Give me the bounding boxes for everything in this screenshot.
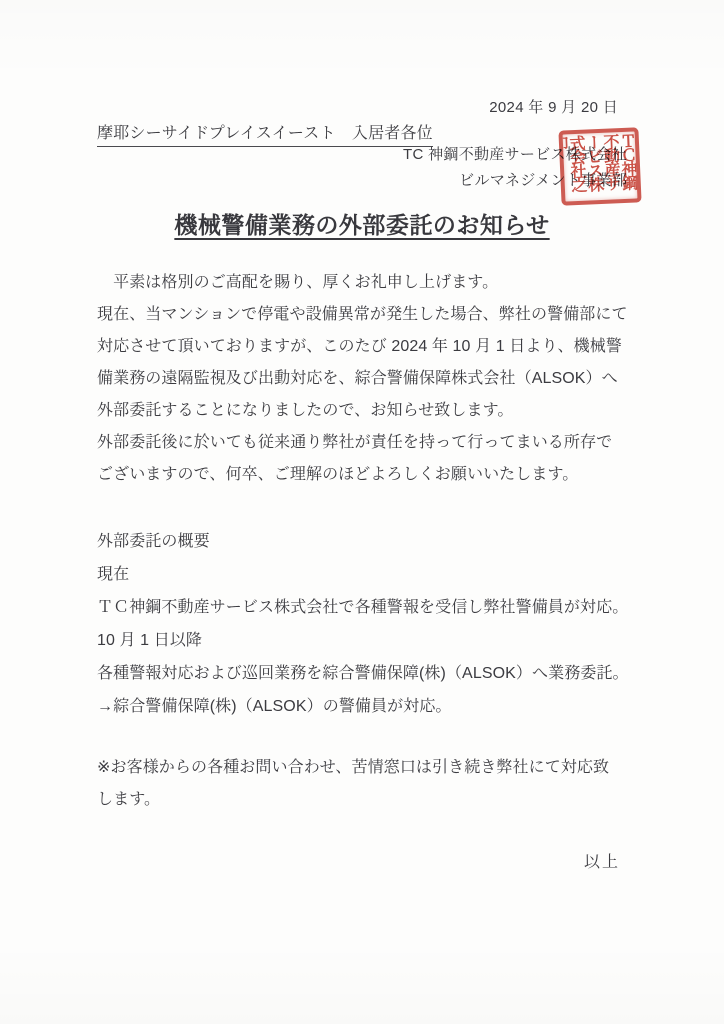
date-line: 2024 年 9 月 20 日: [489, 96, 618, 117]
body-line: 平素は格別のご高配を賜り、厚くお礼申し上げます。: [97, 267, 628, 299]
outline-line: →綜合警備保障(株)（ALSOK）の警備員が対応。: [97, 690, 629, 723]
outline-line: 各種警報対応および巡回業務を綜合警備保障(株)（ALSOK）へ業務委託。: [97, 657, 629, 690]
outline-line: 10 月 1 日以降: [97, 624, 629, 657]
section-heading: 外部委託の概要: [97, 525, 629, 558]
body-text: 平素は格別のご高配を賜り、厚くお礼申し上げます。 現在、当マンションで停電や設備…: [97, 267, 628, 491]
body-line: 外部委託後に於いても従来通り弊社が責任を持って行ってまいる所存で: [97, 427, 628, 459]
body-line: 備業務の遠隔監視及び出動対応を、綜合警備保障株式会社（ALSOK）へ: [97, 363, 628, 395]
letter-page: 2024 年 9 月 20 日 摩耶シーサイドプレイスイースト 入居者各位 TC…: [0, 0, 724, 1024]
body-line: 対応させて頂いておりますが、このたび 2024 年 10 月 1 日より、機械警: [97, 331, 628, 363]
body-line: 外部委託することになりましたので、お知らせ致します。: [97, 395, 628, 427]
body-line: 現在、当マンションで停電や設備異常が発生した場合、弊社の警備部にて: [97, 299, 628, 331]
seal-text: ＴＣ神鋼不動産サービス株式会社之印: [563, 131, 639, 202]
document-title: 機械警備業務の外部委託のお知らせ: [0, 211, 724, 241]
company-seal-stamp: ＴＣ神鋼不動産サービス株式会社之印: [558, 127, 641, 205]
note-section: ※お客様からの各種お問い合わせ、苦情窓口は引き続き弊社にて対応致 します。: [97, 752, 609, 816]
body-line: ございますので、何卒、ご理解のほどよろしくお願いいたします。: [97, 459, 628, 491]
outline-section: 外部委託の概要 現在 ＴＣ神鋼不動産サービス株式会社で各種警報を受信し弊社警備員…: [97, 525, 629, 723]
note-line: ※お客様からの各種お問い合わせ、苦情窓口は引き続き弊社にて対応致: [97, 752, 609, 784]
outline-line: ＴＣ神鋼不動産サービス株式会社で各種警報を受信し弊社警備員が対応。: [97, 591, 629, 624]
closing-word: 以上: [584, 849, 620, 872]
addressee-line: 摩耶シーサイドプレイスイースト 入居者各位: [97, 120, 433, 147]
outline-line: 現在: [97, 558, 629, 591]
note-line: します。: [97, 784, 609, 816]
